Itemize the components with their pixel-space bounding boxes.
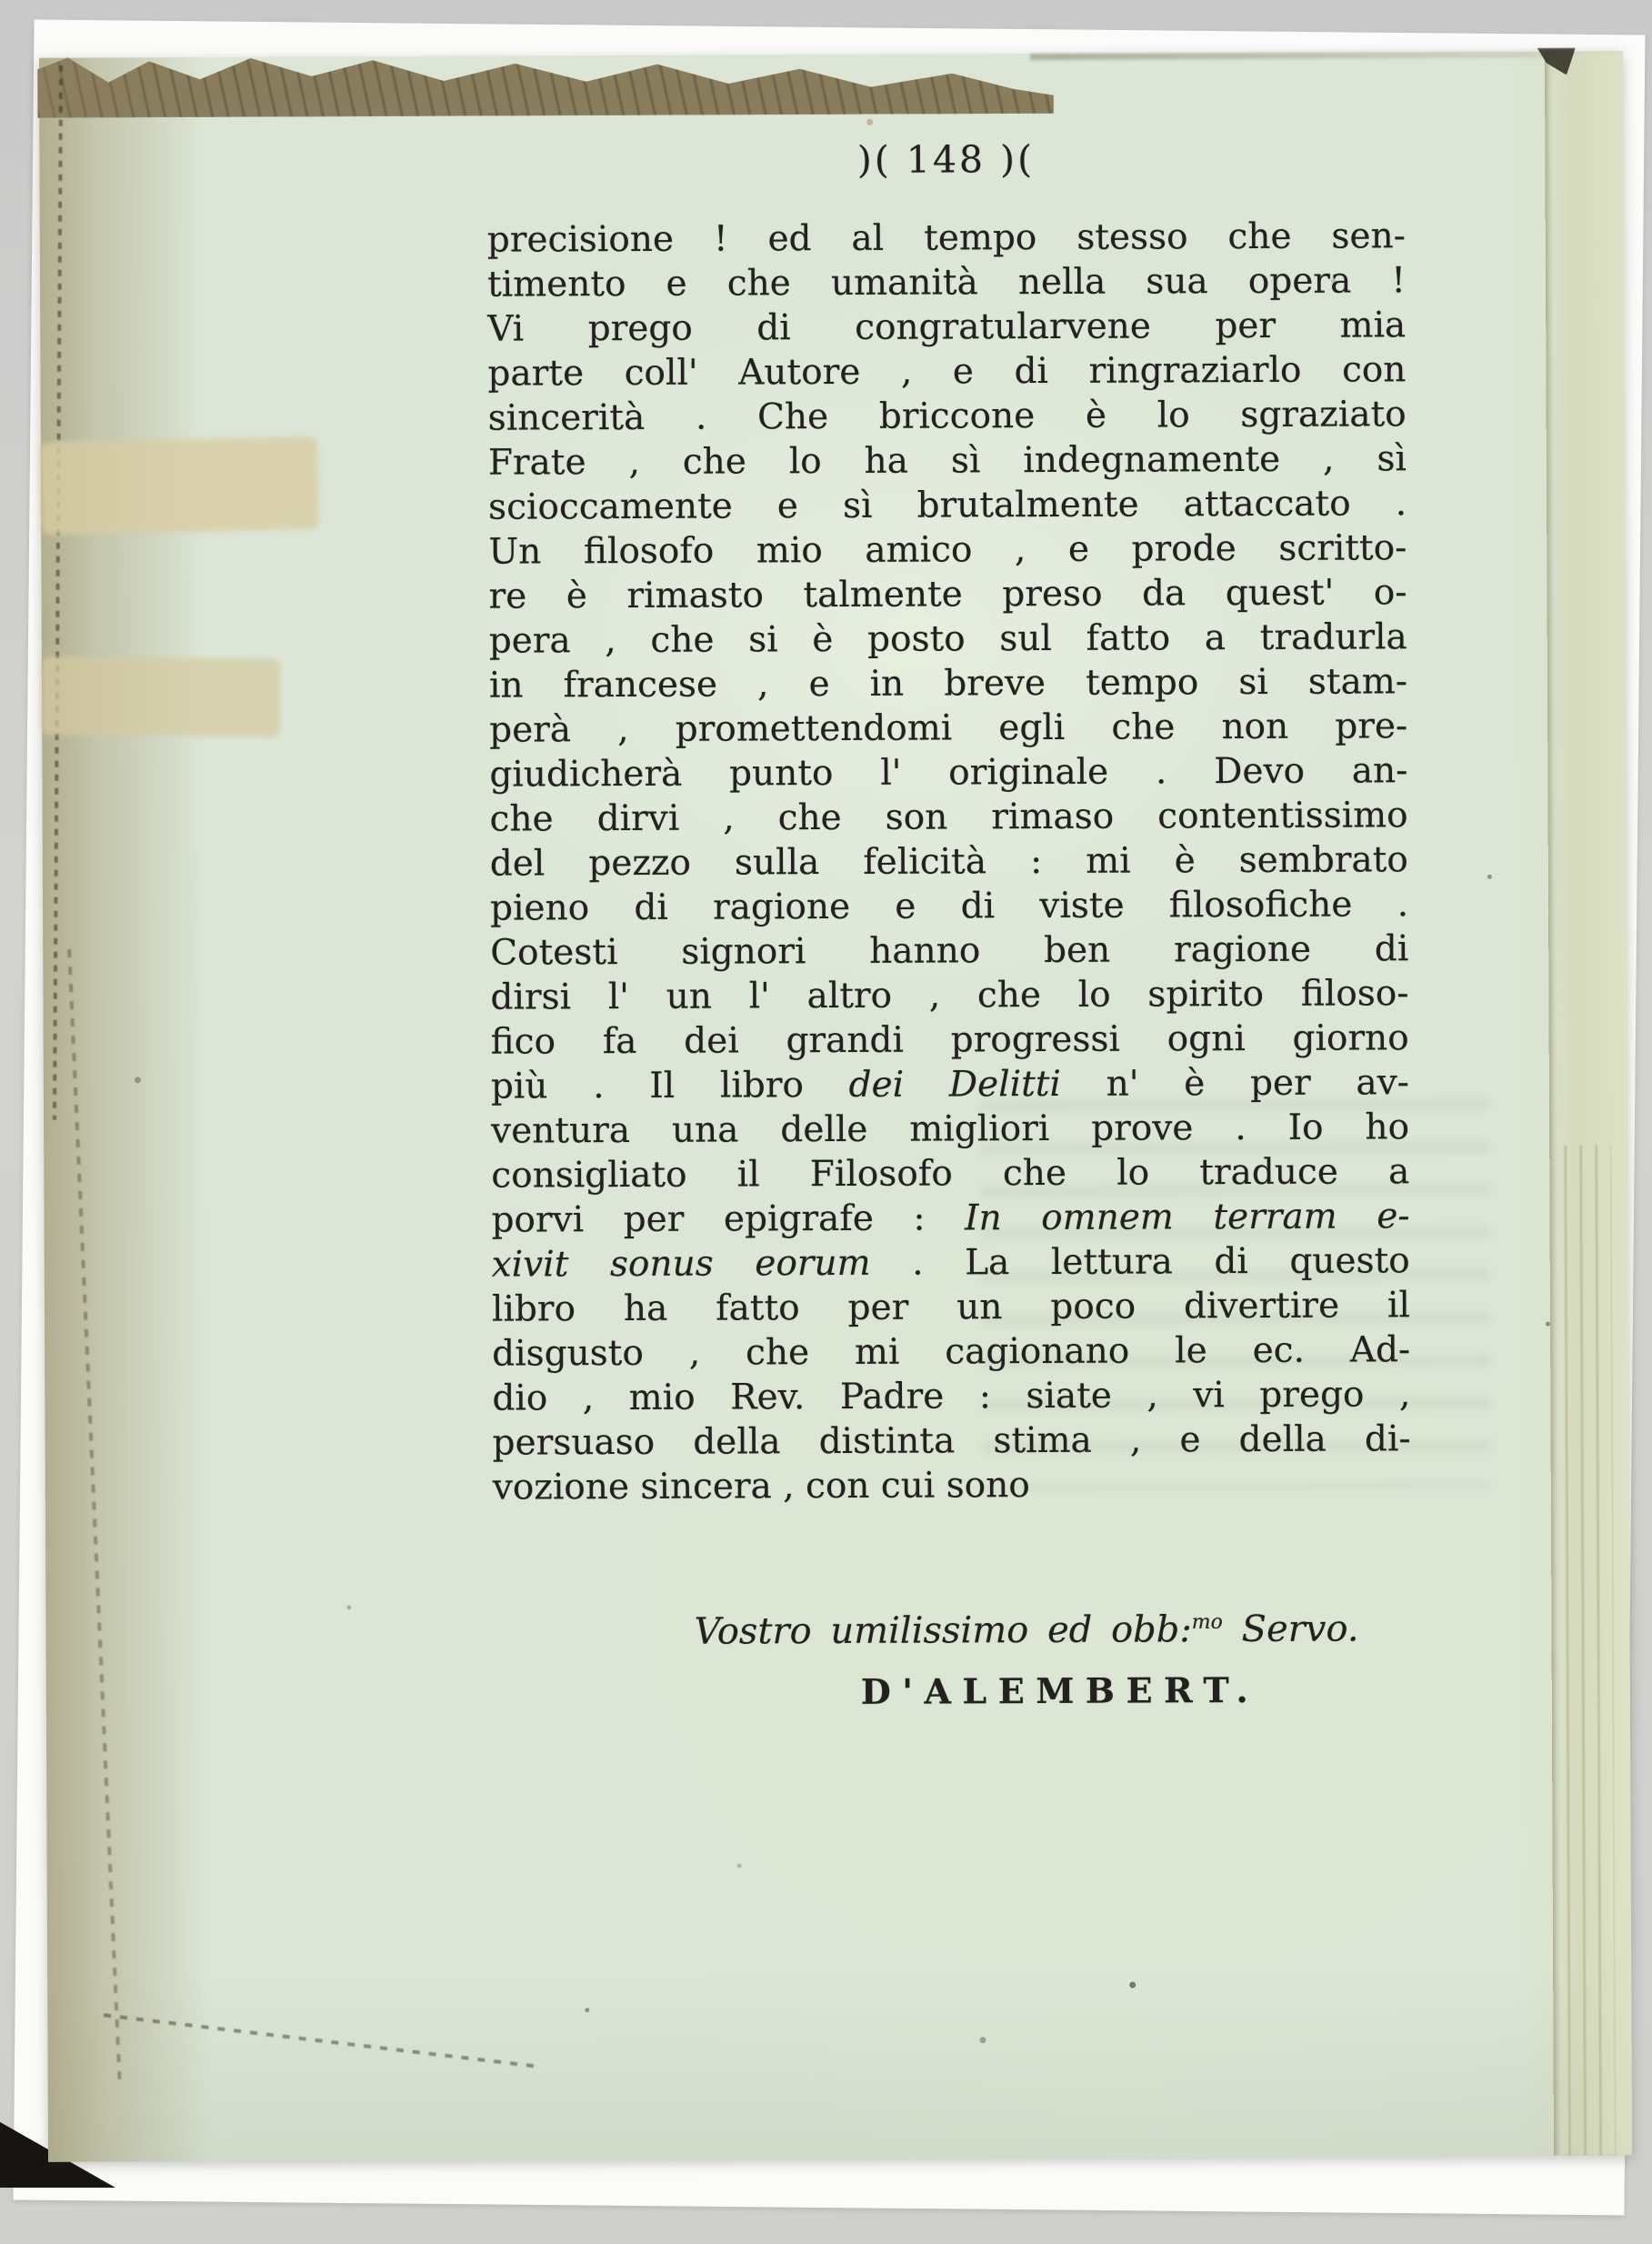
text-line-27: dio , mio Rev. Padre : siate , vi prego … [492,1372,1410,1420]
text-line-18: dirsi l' un l' altro , che lo spirito fi… [490,971,1408,1019]
text-segment: dei Delitti [849,1064,1062,1106]
text-line-25: libro ha fatto per un poco divertire il [492,1283,1410,1331]
text-line-17: Cotesti signori hanno ben ragione di [490,927,1408,975]
text-segment: che dirvi , che son rimaso contentissimo [490,795,1408,839]
text-line-29: vozione sincera , con cui sono [493,1461,1411,1509]
text-segment: Cotesti signori hanno ben ragione di [490,928,1408,973]
text-segment: del pezzo sulla felicità : mi è sembrato [490,839,1408,884]
stain-patch [40,436,319,536]
left-gutter [39,57,216,2162]
text-segment: n' è per av- [1061,1062,1409,1105]
text-line-10: pera , che si è posto sul fatto a tradur… [489,615,1407,663]
text-line-15: del pezzo sulla felicità : mi è sembrato [490,837,1408,886]
fore-edge-page-lines [1564,1146,1616,2156]
text-segment: in francese , e in breve tempo si stam- [489,661,1407,706]
text-segment: più . Il libro [491,1065,849,1107]
stain-patch [42,656,281,737]
text-line-16: pieno di ragione e di viste filosofiche … [490,882,1408,930]
text-segment: dirsi l' un l' altro , che lo spirito fi… [490,973,1408,1017]
text-line-23: porvi per epigrafe : In omnem terram e- [491,1194,1409,1242]
text-line-26: disgusto , che mi cagionano le ec. Ad- [492,1327,1410,1376]
text-line-13: giudicherà punto l' originale . Devo an- [489,748,1407,796]
top-edge-shadow [1030,52,1557,61]
text-line-9: re è rimasto talmente preso da quest' o- [488,570,1407,618]
text-line-21: ventura una delle migliori prove . Io ho [491,1105,1409,1153]
text-segment: giudicherà punto l' originale . Devo an- [489,750,1407,795]
text-segment: consigliato il Filosofo che lo traduce a [491,1151,1409,1196]
text-segment: vozione sincera , con cui sono [493,1465,1030,1508]
text-segment: timento e che umanità nella sua opera ! [487,260,1406,305]
text-line-14: che dirvi , che son rimaso contentissimo [490,793,1408,841]
text-line-20: più . Il libro dei Delitti n' è per av- [491,1060,1409,1108]
text-segment: Vi prego di congratularvene per mia [487,305,1406,349]
text-segment: sincerità . Che briccone è lo sgraziato [488,394,1407,438]
text-segment: disgusto , che mi cagionano le ec. Ad- [492,1329,1410,1374]
text-line-1: precisione ! ed al tempo stesso che sen- [487,214,1406,262]
text-segment: Servo. [1223,1608,1359,1650]
text-line-3: Vi prego di congratularvene per mia [487,303,1406,351]
text-line-7: scioccamente e sì brutalmente attaccato … [488,481,1407,529]
text-segment: xivit sonus eorum [492,1243,871,1286]
text-line-8: Un filosofo mio amico , e prode scritto- [488,526,1407,574]
signature-name: D'ALEMBERT. [861,1669,1260,1712]
text-segment: pera , che si è posto sul fatto a tradur… [489,616,1407,661]
text-line-22: consigliato il Filosofo che lo traduce a [491,1149,1409,1197]
text-segment: pieno di ragione e di viste filosofiche … [490,884,1408,928]
text-segment: Vostro umilissimo ed obb: [694,1608,1191,1652]
text-segment: mo [1192,1611,1223,1634]
book-page: )( 148 )( precisione ! ed al tempo stess… [39,51,1632,2162]
text-block: precisione ! ed al tempo stesso che sen-… [487,214,1413,1945]
text-segment: libro ha fatto per un poco divertire il [492,1285,1410,1329]
body-lines: precisione ! ed al tempo stesso che sen-… [487,214,1411,1509]
text-segment: re è rimasto talmente preso da quest' o- [488,572,1407,616]
text-segment: parte coll' Autore , e di ringraziarlo c… [487,349,1406,394]
text-segment: perà , promettendomi egli che non pre- [489,706,1407,750]
text-segment: dio , mio Rev. Padre : siate , vi prego … [492,1374,1410,1418]
text-segment: In omnem terram e- [965,1196,1410,1238]
text-line-2: timento e che umanità nella sua opera ! [487,258,1406,306]
text-line-24: xivit sonus eorum . La lettura di questo [492,1238,1410,1287]
text-line-28: persuaso della distinta stima , e della … [493,1417,1411,1465]
text-segment: porvi per epigrafe : [491,1197,965,1240]
text-segment: . La lettura di questo [871,1240,1410,1284]
text-segment: fico fa dei grandi progressi ogni giorno [491,1017,1409,1062]
paper-speckles [39,58,42,61]
text-line-5: sincerità . Che briccone è lo sgraziato [488,392,1407,440]
page-number: )( 148 )( [486,135,1405,183]
text-line-19: fico fa dei grandi progressi ogni giorno [491,1016,1409,1064]
text-line-12: perà , promettendomi egli che non pre- [489,704,1407,752]
text-line-11: in francese , e in breve tempo si stam- [489,659,1407,707]
text-segment: Un filosofo mio amico , e prode scritto- [488,527,1407,572]
text-line-6: Frate , che lo ha sì indegnamente , sì [488,436,1407,485]
signature-line: Vostro umilissimo ed obb:mo Servo. [694,1608,1358,1652]
text-segment: ventura una delle migliori prove . Io ho [491,1107,1409,1151]
text-segment: scioccamente e sì brutalmente attaccato … [488,483,1407,527]
text-segment: Frate , che lo ha sì indegnamente , sì [488,438,1407,483]
text-segment: persuaso della distinta stima , e della … [493,1418,1411,1463]
text-line-4: parte coll' Autore , e di ringraziarlo c… [487,347,1406,396]
text-segment: precisione ! ed al tempo stesso che sen- [487,215,1406,260]
